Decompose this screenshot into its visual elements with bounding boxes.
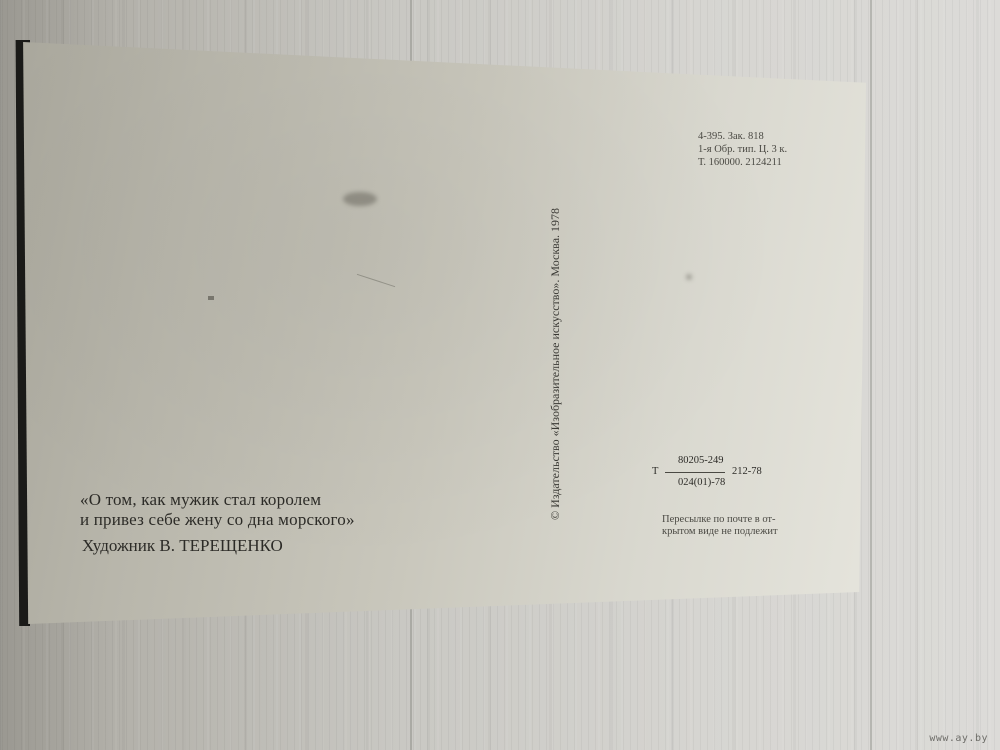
imprint-line-1: 4-395. Зак. 818 xyxy=(698,131,764,142)
catalog-prefix: Т xyxy=(652,466,658,477)
fraction-line xyxy=(665,472,725,473)
board-seam xyxy=(870,0,872,750)
imprint-line-2: 1-я Обр. тип. Ц. 3 к. xyxy=(698,144,787,155)
ink-smudge xyxy=(343,192,377,206)
postal-notice-line-2: крытом виде не подлежит xyxy=(662,526,778,537)
catalog-suffix: 212-78 xyxy=(732,466,762,477)
ink-dot xyxy=(686,274,692,280)
publisher-imprint-vertical: © Издательство «Изобразительное искусств… xyxy=(548,208,563,520)
scratch-mark xyxy=(357,274,395,287)
imprint-line-3: Т. 160000. 2124211 xyxy=(698,157,782,168)
ink-dot xyxy=(208,296,214,300)
caption-line-2: и привез себе жену со дна морского» xyxy=(80,510,355,530)
catalog-numerator: 80205-249 xyxy=(678,455,724,466)
artist-credit: Художник В. ТЕРЕЩЕНКО xyxy=(82,536,283,556)
postal-notice-line-1: Пересылке по почте в от- xyxy=(662,514,776,525)
watermark: www.ay.by xyxy=(929,733,988,744)
catalog-code: Т 80205-249 212-78 024(01)-78 xyxy=(652,455,782,495)
caption-line-1: «О том, как мужик стал королем xyxy=(80,490,321,510)
catalog-denominator: 024(01)-78 xyxy=(678,477,725,488)
